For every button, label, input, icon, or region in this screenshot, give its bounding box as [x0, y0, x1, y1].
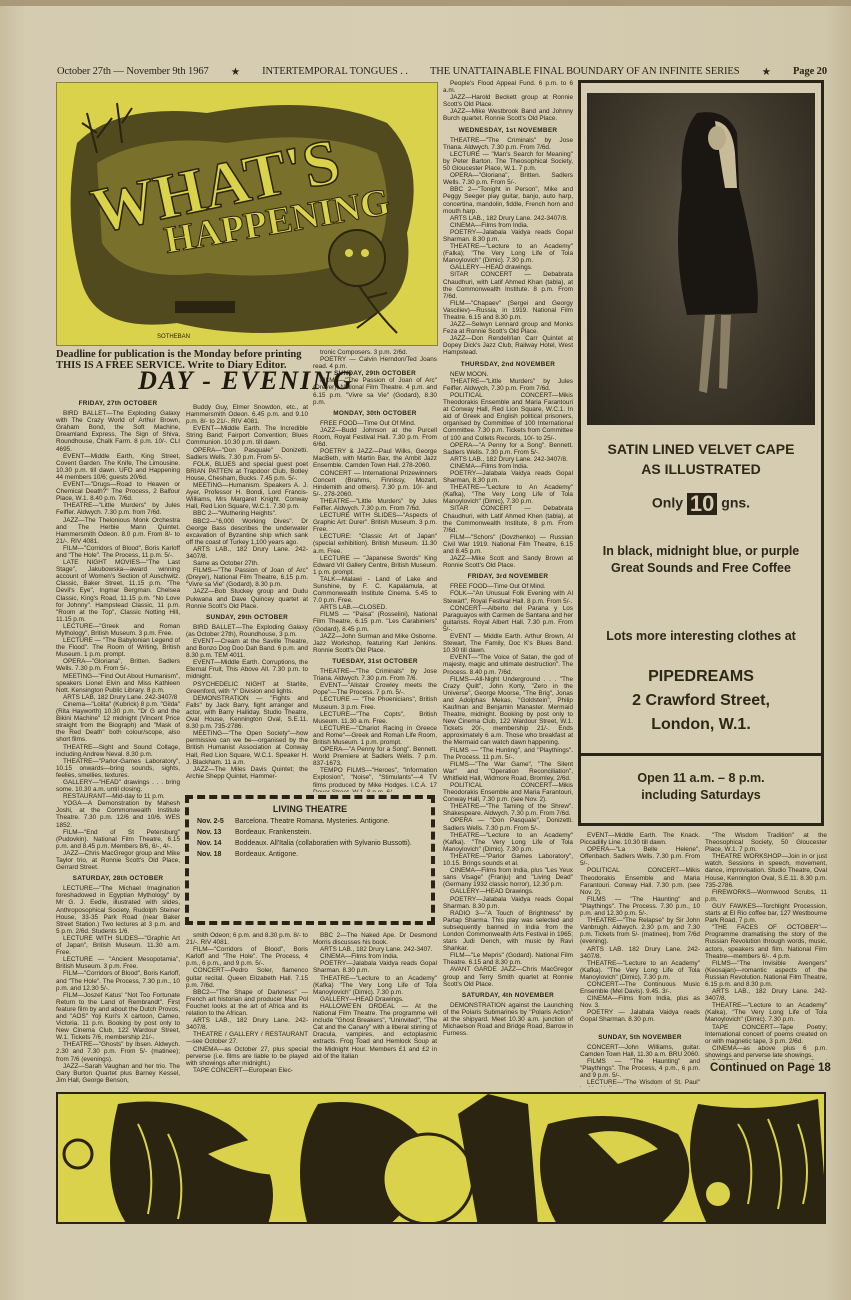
ad-headline-sub: AS ILLUSTRATED	[581, 459, 821, 479]
listing: MEETING—Humanism. Speakers A. J. Ayer, P…	[186, 482, 308, 510]
day-heading: THURSDAY, 2nd NOVEMBER	[443, 361, 573, 368]
listing: tronic Composers. 3 p.m. 2/6d.	[313, 349, 437, 356]
listing: THEATRE—"The Criminals" by Jose Triana. …	[443, 137, 573, 151]
listing: CINEMA—Films from India.	[313, 953, 437, 960]
whats-happening-illustration: WHAT'S HAPPENING SOTHEBAN	[56, 82, 438, 346]
listing: THEATRE—"Lecture to an Academy" (Falka);…	[443, 243, 573, 264]
listing: EVENT—Middle Earth. The Knack. Piccadill…	[580, 832, 700, 846]
listing: Cinema—"Lolita" (Kubrick) 8 p.m. "Gilda"…	[56, 701, 180, 744]
tour-date-row: Nov. 2-5 Barcelona. Theatre Romana. Myst…	[197, 818, 423, 826]
listing: CONCERT—Pedro Soler, flamenco guitar rec…	[186, 967, 308, 988]
listing: Buddy Guy, Elmer Snowdon, etc., at Hamme…	[186, 404, 308, 425]
listing: MEETING—"The Open Society"—how permissiv…	[186, 730, 308, 765]
listing: OPERA—"A Penny for a Song". Bennett. Wor…	[313, 746, 437, 767]
listing: JAZZ—Sarah Vaughan and her trio. The Gar…	[56, 1063, 180, 1084]
day-heading: SATURDAY, 28th OCTOBER	[56, 875, 180, 882]
listing: TEMPO FILMS—"Heroes", "Information Explo…	[313, 767, 437, 792]
day-heading: SATURDAY, 4th NOVEMBER	[443, 992, 573, 999]
listing: FILM—"Le Mepris" (Godard). National Film…	[443, 952, 573, 966]
listing: POETRY—Jalabala Vaidya reads Gopal Sharm…	[313, 960, 437, 974]
listing: THEATRE—"Parlor-Games Laboratory", 10.15…	[56, 758, 180, 779]
listing: RESTAURANT—Mid-day to 11 p.m.	[56, 793, 180, 800]
listing: EVENT—Middle Earth. The Incredible Strin…	[186, 425, 308, 446]
listing: Same as October 27th.	[186, 560, 308, 567]
listing: FILMS — "The Hunting", and "Playthings".…	[443, 747, 573, 761]
listing: OPERA — "Don Pasquale", Donizetti. Sadle…	[443, 817, 573, 831]
ad-colors: In black, midnight blue, or purple	[581, 543, 821, 560]
listing: THEATRE—"Lecture to an Academy" (Kafka).…	[443, 832, 573, 853]
listing: FREE FOOD—Time Out Of Mind.	[443, 583, 573, 590]
listing: BBC2—"6,000 Working Dives". Dr George Ba…	[186, 518, 308, 546]
listing: POETRY—Jalabala Vaidya reads Gopal Sharm…	[705, 1059, 827, 1060]
listing: FILMS — "The Haunting" and "Playthings".…	[580, 1058, 700, 1079]
svg-text:SOTHEBAN: SOTHEBAN	[157, 334, 190, 340]
psychedelic-art-icon	[58, 1094, 826, 1224]
listing: People's Flood Appeal Fund. 6 p.m. to 6 …	[443, 80, 573, 94]
listing: THEATRE—"Little Murders" by Jules Feiffe…	[56, 502, 180, 516]
listing: JAZZ—Budd Johnson at the Purcell Room, R…	[313, 427, 437, 448]
listing: THEATRE—"Little Murders" by Jules Feiffe…	[443, 378, 573, 392]
listing: GALLERY—"HEAD" drawings . . . bring some…	[56, 779, 180, 793]
listing: ARTS LAB. 182 Drury Lane. 242-3407/8.	[580, 946, 700, 960]
tour-date: Nov. 14	[197, 840, 235, 848]
listing: TALK—Malawi - Land of Lake and Sunshine,…	[313, 576, 437, 604]
day-heading: FRIDAY, 27th OCTOBER	[56, 400, 180, 407]
listing: FOLK, BLUES and special guest poet BRIAN…	[186, 461, 308, 482]
listing: LECTURE — "The Phoenicians", British Mus…	[313, 696, 437, 710]
listing: POETRY—Jalabala Vaidya reads Gopal Sharm…	[443, 229, 573, 243]
opening-hours: Open 11 a.m. – 8 p.m.	[581, 770, 821, 787]
listing: ARTS LAB., 182 Drury Lane. 242-3407/8.	[186, 1017, 308, 1031]
listing: THEATRE—"Lecture to an Academy" (Kafka).…	[580, 960, 700, 981]
listing: THEATRE—"The Criminals" by Jose Triana. …	[313, 668, 437, 682]
listing: OPERA—"A Penny for a Song". Bennett. Sad…	[443, 442, 573, 456]
listing: OPERA—"Don Pasquale" Donizetti. Sadlers …	[186, 447, 308, 461]
listing: CINEMA—Films from India, plus as Nov. 3.	[580, 995, 700, 1009]
price-value: 10	[687, 493, 717, 515]
tour-details: Boddeaux. All'Italia (collaboratien with…	[235, 840, 412, 848]
listing: FILMS—All-Night Underground . . . "The C…	[443, 676, 573, 747]
listing: FILM—Joszef Katus' "Not Too Fortunate Re…	[56, 992, 180, 1042]
listing: GUY FAWKES—Torchlight Procession, starts…	[705, 903, 827, 924]
listing: OPERA—"Gloriana", Britten. Sadlers Wells…	[56, 658, 180, 672]
listing: THEATRE—"Ghosts" by Ibsen. Aldwych. 2.30…	[56, 1041, 180, 1062]
listing: THEATRE—"Parlor Games Laboratory", 10.15…	[443, 853, 573, 867]
listing: EVENT — Middle Earth. Arthur Brown, Al S…	[443, 633, 573, 654]
listing: JAZZ—Chris MacGregor group and Mike Tayl…	[56, 850, 180, 871]
opening-days: including Saturdays	[581, 787, 821, 804]
listing: THEATRE WORKSHOP—Join in or just watch. …	[705, 853, 827, 888]
day-heading: WEDNESDAY, 1st NOVEMBER	[443, 127, 573, 134]
listings-column-2: Buddy Guy, Elmer Snowdon, etc., at Hamme…	[186, 404, 308, 792]
tour-date: Nov. 2-5	[197, 818, 235, 826]
listing: THEATRE—"Lecture to an Academy" (Kafka) …	[313, 975, 437, 996]
listing: LECTURE—"The Michael Imagination foresha…	[56, 885, 180, 935]
listing: LECTURE—"The Wisdom of St. Paul" by Mrs …	[580, 1079, 700, 1087]
listing: JAZZ—Mike Scott and Sandy Brown at Ronni…	[443, 555, 573, 569]
listing: FILMS—"The War Game", "The Silent War" a…	[443, 761, 573, 782]
listing: ARTS LAB., 182 Drury Lane. 242-3407/8.	[186, 546, 308, 560]
listing: POLITICAL CONCERT—Mikis Theodorakis Ense…	[580, 867, 700, 895]
listing: JAZZ—The Miles Davis Quintet; the Archie…	[186, 766, 308, 780]
listing: smith Odeon; 6 p.m. and 8.30 p.m. 8/- to…	[186, 932, 308, 946]
listing: CINEMA—as October 27, plus special perve…	[186, 1046, 308, 1067]
listing: LECTURE: "Classic Art of Japan" (special…	[313, 533, 437, 554]
listing: THEATRE—"Lecture to an Academy" (Kalka),…	[705, 1002, 827, 1023]
ad-tagline: Great Sounds and Free Coffee	[581, 560, 821, 577]
listing: GALLERY—HEAD Drawings.	[443, 888, 573, 895]
listing: BIRD BALLET—The Exploding Galaxy (as Oct…	[186, 624, 308, 638]
listing: FILM—"Corridors of Blood", Boris Karloff…	[56, 970, 180, 991]
listing: JAZZ—Bob Stuckey group and Dudu Pukwana …	[186, 588, 308, 609]
listing: FILMS — "Paisa" (Rosselini), National Fi…	[313, 611, 437, 632]
listing: BIRD BALLET—The Exploding Galaxy with Th…	[56, 410, 180, 453]
listings-column-3: tronic Composers. 3 p.m. 2/6d. POETRY — …	[313, 349, 437, 792]
listing: ARTS LAB, 182 Drury Lane. 242-3407/8	[56, 694, 180, 701]
listing: EVENT—"Drugs—Road to Heaven or Chemical …	[56, 481, 180, 502]
listing: CONCERT—John Williams, guitar. Camden To…	[580, 1044, 700, 1058]
listing: FILM—"Corridors of Blood", Boris Karloff…	[186, 946, 308, 967]
pipedreams-advertisement: SATIN LINED VELVET CAPE AS ILLUSTRATED O…	[578, 80, 824, 826]
listing: FILM—"Corridors of Blood", Boris Karloff…	[56, 545, 180, 559]
living-theatre-box: LIVING THEATRE Nov. 2-5 Barcelona. Theat…	[185, 795, 435, 925]
listing: FIREWORKS—Wormwood Scrubs, 11 p.m.	[705, 889, 827, 903]
tour-date-row: Nov. 13 Bordeaux. Frankenstein.	[197, 829, 423, 837]
model-figure-icon	[587, 93, 815, 425]
listing: YOGA—A Demonstration by Mahesh Joshi, at…	[56, 800, 180, 828]
listing: TAPE CONCERT—European Elec-	[186, 1067, 308, 1074]
listing: POLITICAL CONCERT—Mikis Theodorakis Ense…	[443, 392, 573, 442]
day-heading: SUNDAY, 29th OCTOBER	[313, 370, 437, 377]
listing: ARTS LAB., 182 Drury Lane. 242-3407/8.	[443, 215, 573, 222]
listing: THEATRE—"The Relapse" by Sir John Vanbru…	[580, 917, 700, 945]
day-heading: MONDAY, 30th OCTOBER	[313, 410, 437, 417]
listing: CINEMA—Films from India.	[443, 222, 573, 229]
listing: POETRY—Jalabala Vaidya reads Gopal Sharm…	[443, 470, 573, 484]
listing: JAZZ—Don Rendell/Ian Carr Quintet at Dop…	[443, 335, 573, 356]
listing: BBC2—"The Shape of Darkness" —French art…	[186, 989, 308, 1017]
listing: JAZZ—Harold Beckett group at Ronnie Scot…	[443, 94, 573, 108]
listing: "THE FACES OF OCTOBER"— Programme dramat…	[705, 924, 827, 959]
listings-column-2-continued: smith Odeon; 6 p.m. and 8.30 p.m. 8/- to…	[186, 932, 308, 1090]
listing: CINEMA—Films from India.	[443, 463, 573, 470]
listing: THEATRE—"Little Murders" by Jules Feiffe…	[313, 498, 437, 512]
listing: LATE NIGHT MOVIES—"The Last Stage", Jaku…	[56, 559, 180, 623]
listing: GALLERY—HEAD drawings.	[443, 264, 573, 271]
listing: EVENT—"The Voice of Satan, the god of ma…	[443, 654, 573, 675]
psychedelic-art-icon: WHAT'S HAPPENING SOTHEBAN	[57, 83, 437, 345]
listing: LECTURE — "Ancient Mesopotamia", British…	[56, 956, 180, 970]
tour-details: Bordeaux. Antigone.	[235, 851, 298, 859]
listing: NEW MOON.	[443, 371, 573, 378]
shop-name: PIPEDREAMS	[581, 665, 821, 689]
listing: LECTURE—"Chariot Racing in Greece and Ro…	[313, 725, 437, 746]
listings-column-6: "The Wisdom Tradition" at the Theosophic…	[705, 832, 827, 1060]
listing: POETRY — Jalabala Vaidya reads Gopal Sha…	[580, 1009, 700, 1023]
tour-date: Nov. 13	[197, 829, 235, 837]
listing: LECTURE — "Japanese Swords" King Edward …	[313, 555, 437, 576]
day-heading: FRIDAY, 3rd NOVEMBER	[443, 573, 573, 580]
ad-hours-box: Open 11 a.m. – 8 p.m. including Saturday…	[581, 753, 821, 823]
shop-city: London, W.1.	[581, 713, 821, 737]
listing: FOLK—"An Unusual Folk Evening with Al St…	[443, 590, 573, 604]
listing: FILMS—"The Invisible Avengers" (Keosajan…	[705, 960, 827, 988]
listing: THEATRE—"The Taming of the Shrew". Shake…	[443, 803, 573, 817]
listing: LECTURE WITH SLIDES—"Graphic Art of Japa…	[56, 935, 180, 956]
listing: SITAR CONCERT — Debabrata Chaudhuri, wit…	[443, 505, 573, 533]
tour-date: Nov. 18	[197, 851, 235, 859]
listing: THEATRE / GALLERY / RESTAURANT—see Octob…	[186, 1031, 308, 1045]
ad-headline: SATIN LINED VELVET CAPE	[581, 439, 821, 459]
day-heading: SUNDAY, 29th OCTOBER	[186, 614, 308, 621]
listing: LECTURE — "Man's Search for Meaning" by …	[443, 151, 573, 172]
listing: FILMS — "The Haunting" and "Playthings".…	[580, 896, 700, 917]
ad-more: Lots more interesting clothes at	[581, 629, 821, 643]
day-heading: SUNDAY, 5th NOVEMBER	[580, 1034, 700, 1041]
listing: "The Wisdom Tradition" at the Theosophic…	[705, 832, 827, 853]
listing: LECTURE — "The Babylonian Legend of the …	[56, 637, 180, 658]
listings-column-1: FRIDAY, 27th OCTOBER BIRD BALLET—The Exp…	[56, 396, 180, 1090]
listing: GALLERY—HEAD Drawings.	[313, 996, 437, 1003]
listing: BBC 2—"Tonight in Person", Mike and Pegg…	[443, 186, 573, 214]
day-heading: TUESDAY, 31st OCTOBER	[313, 658, 437, 665]
listings-column-5: EVENT—Middle Earth. The Knack. Piccadill…	[580, 832, 700, 1087]
listing: EVENT—"Alistair Crowley meets the Pope"—…	[313, 682, 437, 696]
listing: DEMONSTRATION against the Launching of t…	[443, 1002, 573, 1037]
listing: ARTS LAB., 182 Drury Lane. 242-3407/8.	[443, 456, 573, 463]
listing: CONCERT—Alberto del Parana y Los Paragua…	[443, 605, 573, 633]
listing: THEATRE—"Lecture to An Academy" (Kafka),…	[443, 484, 573, 505]
listing: CINEMA—Films from India, plus "Les Yeux …	[443, 867, 573, 888]
listing: TAPE CONCERT—Tape Poetry; International …	[705, 1024, 827, 1045]
listing: LECTURE—"Greek and Roman Mythology", Bri…	[56, 623, 180, 637]
listing: ARTS LAB.—CLOSED.	[313, 604, 437, 611]
listing: RADIO 3—"A Touch of Brightness" by Parta…	[443, 910, 573, 953]
listing: EVENT—Cream at the Saville Theatre, and …	[186, 638, 308, 659]
psychedelic-bottom-illustration	[56, 1092, 826, 1224]
listing: JAZZ—John Surman and Mike Osborne. Jazz …	[313, 633, 437, 654]
listing: POLITICAL CONCERT—Mikis Theodorakis Ense…	[443, 782, 573, 803]
listing: LECTURE—"The Copts", British Museum. 11.…	[313, 711, 437, 725]
ad-price: Only 10 gns.	[581, 493, 821, 515]
listing: FILMS—"The Passion of Joan of Arc" (Drey…	[313, 377, 437, 405]
listing: OPERA—"Gloriana", Britten. Sadlers Wells…	[443, 172, 573, 186]
listing: CINEMA—as above plus 6 p.m. showings and…	[705, 1045, 827, 1059]
listing: PSYCHEDELIC NIGHT at Starlite, Greenford…	[186, 681, 308, 695]
listing: SITAR CONCERT — Debabrata Chaudhuri, wit…	[443, 271, 573, 299]
listing: LECTURE WITH SLIDES—"Aspects of Graphic …	[313, 512, 437, 533]
listing: OPERA—"La Belle Helene", Offenbach. Sadl…	[580, 846, 700, 867]
listing: POETRY — Calvin Herndon/Ted Joans read. …	[313, 356, 437, 370]
tour-date-row: Nov. 18 Bordeaux. Antigone.	[197, 851, 423, 859]
listing: POETRY & JAZZ—Paul Wilks, George MacBeth…	[313, 448, 437, 469]
listing: FILM—"Chapaev" (Sergei and Georgy Vascil…	[443, 300, 573, 321]
listing: CONCERT—The Continuous Music Ensemble (M…	[580, 981, 700, 995]
listing: HALLOWE'EN ORDEAL — At the National Film…	[313, 1003, 437, 1060]
listing: FILM—"End of St Petersburg" (Pudovkin). …	[56, 829, 180, 850]
listing: ARTS LAB., 182 Drury Lane. 242-3407/8.	[705, 988, 827, 1002]
listing: JAZZ—Selwyn Lennard group and Monks Feza…	[443, 321, 573, 335]
star-icon: ★	[231, 66, 240, 82]
listing: JAZZ—The Thelonious Monk Orchestra and T…	[56, 517, 180, 545]
tour-details: Bordeaux. Frankenstein.	[235, 829, 311, 837]
issue-dates: October 27th — November 9th 1967	[57, 66, 209, 82]
listing: FILM—"Schors" (Dovzhenko) — Russian Civi…	[443, 534, 573, 555]
listing: FREE FOOD—Time Out Of Mind.	[313, 420, 437, 427]
torn-page-edge	[0, 0, 851, 6]
listing: ARTS LAB., 182 Drury Lane. 242-3407.	[313, 946, 437, 953]
tour-details: Barcelona. Theatre Romana. Mysteries. An…	[235, 818, 390, 826]
listing: POETRY—Jalabala Vaidya reads Gopal Sharm…	[443, 896, 573, 910]
cape-model-photo	[587, 93, 815, 425]
continued-link[interactable]: Continued on Page 18	[710, 1062, 831, 1074]
listing: JAZZ—Mike Westbrook Band and Johnny Burc…	[443, 108, 573, 122]
listings-column-4: People's Flood Appeal Fund. 6 p.m. to 6 …	[443, 80, 573, 1090]
listing: BBC 2—The Naked Ape. Dr Desmond Morris d…	[313, 932, 437, 946]
listing: DEMONSTRATION — "Fights and Falls" by Ja…	[186, 695, 308, 730]
listing: FILMS—"The Passion of Joan of Arc" (Drey…	[186, 567, 308, 588]
listing: BBC 2—"Wuthering Heights".	[186, 510, 308, 517]
listing: MEETING—"Find Out About Humanism", speak…	[56, 673, 180, 694]
listing: EVENT—Middle Earth. Corruptions, the Ete…	[186, 659, 308, 680]
listing: AVANT GARDE JAZZ—Chris MacGregor group a…	[443, 966, 573, 987]
tour-date-row: Nov. 14 Boddeaux. All'Italia (collaborat…	[197, 840, 423, 848]
listing: EVENT—Middle Earth, King Street, Covent …	[56, 453, 180, 481]
listing: THEATRE—Sight and Sound Collage, includi…	[56, 744, 180, 758]
shop-address: 2 Crawford Street,	[581, 689, 821, 713]
listings-column-3-continued: BBC 2—The Naked Ape. Dr Desmond Morris d…	[313, 932, 437, 1090]
section-name: INTERTEMPORAL TONGUES . .	[262, 66, 408, 82]
living-theatre-title: LIVING THEATRE	[197, 805, 423, 813]
listing: CONCERT — International Prizewinners Con…	[313, 470, 437, 498]
